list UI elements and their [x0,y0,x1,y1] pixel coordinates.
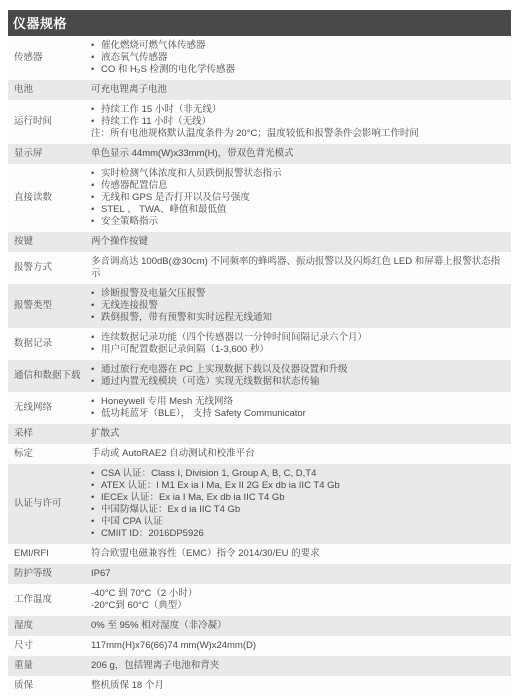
spec-bullet-text: CSA 认证：Class I, Division 1, Group A, B, … [101,468,503,480]
spec-bullet-text: 无线连接报警 [101,300,503,312]
spec-bullet-text: ATEX 认证：I M1 Ex ia I Ma, Ex II 2G Ex db … [101,480,503,492]
spec-value: 手动或 AutoRAE2 自动测试和校准平台 [91,444,511,464]
spec-label: 认证与许可 [8,464,91,544]
spec-label: 通信和数据下载 [8,360,91,392]
spec-label: 无线网络 [8,392,91,424]
spec-row: 重量206 g，包括锂离子电池和背夹 [8,656,511,676]
bullet-icon: • [91,180,101,192]
spec-bullet-text: 中国防爆认证：Ex d ia IIC T4 Gb [101,504,503,516]
spec-label: 采样 [8,424,91,444]
spec-bullet-line: •CO 和 H₂S 检测的电化学传感器 [91,64,503,76]
bullet-icon: • [91,344,101,356]
spec-row: 通信和数据下载•通过旅行充电器在 PC 上实现数据下载以及仪器设置和升级•通过内… [8,360,511,392]
bullet-icon: • [91,64,101,76]
spec-value: •持续工作 15 小时（非无线）•持续工作 11 小时（无线）注：所有电池规格默… [91,100,511,144]
spec-row: 标定手动或 AutoRAE2 自动测试和校准平台 [8,444,511,464]
bullet-icon: • [91,52,101,64]
spec-label: 标定 [8,444,91,464]
spec-bullet-text: CMIIT ID：2016DP5926 [101,528,503,540]
bullet-icon: • [91,528,101,540]
spec-bullet-text: 催化燃烧可燃气体传感器 [101,40,503,52]
bullet-icon: • [91,332,101,344]
spec-bullet-line: •实时检测气体浓度和人员跌倒报警状态指示 [91,168,503,180]
spec-row: EMI/RFI符合欧盟电磁兼容性（EMC）指令 2014/30/EU 的要求 [8,544,511,564]
spec-bullet-line: •跌倒报警，带有预警和实时远程无线通知 [91,312,503,324]
spec-bullet-text: 通过旅行充电器在 PC 上实现数据下载以及仪器设置和升级 [101,364,503,376]
spec-value-text: IP67 [91,568,503,580]
spec-label: 显示屏 [8,144,91,164]
spec-label: 直接读数 [8,164,91,232]
spec-label: 运行时间 [8,100,91,144]
bullet-icon: • [91,480,101,492]
spec-row: 传感器•催化燃烧可燃气体传感器•液态氧气传感器•CO 和 H₂S 检测的电化学传… [8,36,511,80]
spec-bullet-line: •无线和 GPS 是否打开以及信号强度 [91,192,503,204]
spec-row: 尺寸117mm(H)x76(66)74 mm(W)x24mm(D) [8,636,511,656]
spec-bullet-line: •持续工作 15 小时（非无线） [91,104,503,116]
spec-bullet-line: •低功耗蓝牙（BLE）， 支持 Safety Communicator [91,408,503,420]
spec-row: 显示屏单色显示 44mm(W)x33mm(H)，带双色背光模式 [8,144,511,164]
spec-value: •通过旅行充电器在 PC 上实现数据下载以及仪器设置和升级•通过内置无线模块（可… [91,360,511,392]
spec-bullet-line: •用户可配置数据记录间隔（1-3,600 秒） [91,344,503,356]
spec-row: 认证与许可•CSA 认证：Class I, Division 1, Group … [8,464,511,544]
spec-label: 湿度 [8,616,91,636]
spec-value: 扩散式 [91,424,511,444]
spec-label: 报警类型 [8,284,91,328]
spec-bullet-text: 诊断报警及电量欠压报警 [101,288,503,300]
spec-value: •催化燃烧可燃气体传感器•液态氧气传感器•CO 和 H₂S 检测的电化学传感器 [91,36,511,80]
spec-bullet-line: •连续数据记录功能（四个传感器以一分钟时间间隔记录六个月） [91,332,503,344]
bullet-icon: • [91,492,101,504]
spec-bullet-text: 液态氧气传感器 [101,52,503,64]
spec-value: 单色显示 44mm(W)x33mm(H)，带双色背光模式 [91,144,511,164]
spec-row: 数据记录•连续数据记录功能（四个传感器以一分钟时间间隔记录六个月）•用户可配置数… [8,328,511,360]
spec-bullet-line: •安全策略指示 [91,216,503,228]
spec-value: •CSA 认证：Class I, Division 1, Group A, B,… [91,464,511,544]
bullet-icon: • [91,516,101,528]
spec-bullet-line: •催化燃烧可燃气体传感器 [91,40,503,52]
spec-value-line: -20°C到 60°C（典型） [91,600,503,612]
spec-value-text: 两个操作按键 [91,236,503,248]
spec-value-line: -40°C 到 70°C（2 小时） [91,588,503,600]
spec-label: 防护等级 [8,564,91,584]
spec-value-text: 多音调高达 100dB(@30cm) 不同频率的蜂鸣器、振动报警以及闪烁红色 L… [91,256,503,280]
bullet-icon: • [91,216,101,228]
spec-bullet-text: 跌倒报警，带有预警和实时远程无线通知 [101,312,503,324]
spec-bullet-line: •诊断报警及电量欠压报警 [91,288,503,300]
spec-bullet-text: 安全策略指示 [101,216,503,228]
spec-value: •Honeywell 专用 Mesh 无线网络•低功耗蓝牙（BLE）， 支持 S… [91,392,511,424]
bullet-icon: • [91,204,101,216]
bullet-icon: • [91,364,101,376]
spec-bullet-line: •持续工作 11 小时（无线） [91,116,503,128]
spec-value-text: 206 g，包括锂离子电池和背夹 [91,660,503,672]
bullet-icon: • [91,408,101,420]
spec-value-text: 扩散式 [91,428,503,440]
spec-bullet-text: 中国 CPA 认证 [101,516,503,528]
spec-row: 工作温度-40°C 到 70°C（2 小时）-20°C到 60°C（典型） [8,584,511,616]
spec-row: 采样扩散式 [8,424,511,444]
bullet-icon: • [91,288,101,300]
spec-row: 按键两个操作按键 [8,232,511,252]
spec-value-text: 单色显示 44mm(W)x33mm(H)，带双色背光模式 [91,148,503,160]
spec-bullet-text: STEL 、 TWA、峰值和最低值 [101,204,503,216]
spec-value: 整机质保 18 个月 [91,676,511,696]
spec-bullet-text: 持续工作 15 小时（非无线） [101,104,503,116]
spec-value: 符合欧盟电磁兼容性（EMC）指令 2014/30/EU 的要求 [91,544,511,564]
spec-bullet-text: 通过内置无线模块（可选）实现无线数据和状态传输 [101,376,503,388]
spec-label: 数据记录 [8,328,91,360]
spec-value: 两个操作按键 [91,232,511,252]
bullet-icon: • [91,192,101,204]
spec-value-text: 0% 至 95% 相对湿度（非冷凝） [91,620,503,632]
bullet-icon: • [91,116,101,128]
spec-bullet-line: •ATEX 认证：I M1 Ex ia I Ma, Ex II 2G Ex db… [91,480,503,492]
spec-label: 报警方式 [8,252,91,284]
spec-bullet-text: 连续数据记录功能（四个传感器以一分钟时间间隔记录六个月） [101,332,503,344]
spec-table-body: 传感器•催化燃烧可燃气体传感器•液态氧气传感器•CO 和 H₂S 检测的电化学传… [8,36,511,696]
spec-row: 报警类型•诊断报警及电量欠压报警•无线连接报警•跌倒报警，带有预警和实时远程无线… [8,284,511,328]
spec-row: 电池可充电锂离子电池 [8,80,511,100]
spec-bullet-text: 传感器配置信息 [101,180,503,192]
bullet-icon: • [91,168,101,180]
spec-table: 仪器规格 传感器•催化燃烧可燃气体传感器•液态氧气传感器•CO 和 H₂S 检测… [8,10,511,696]
spec-value: •实时检测气体浓度和人员跌倒报警状态指示•传感器配置信息•无线和 GPS 是否打… [91,164,511,232]
spec-row: 报警方式多音调高达 100dB(@30cm) 不同频率的蜂鸣器、振动报警以及闪烁… [8,252,511,284]
spec-label: 尺寸 [8,636,91,656]
bullet-icon: • [91,40,101,52]
spec-bullet-text: IECEx 认证：Ex ia I Ma, Ex db ia IIC T4 Gb [101,492,503,504]
bullet-icon: • [91,504,101,516]
spec-bullet-line: •通过旅行充电器在 PC 上实现数据下载以及仪器设置和升级 [91,364,503,376]
spec-bullet-line: •STEL 、 TWA、峰值和最低值 [91,204,503,216]
spec-bullet-line: •无线连接报警 [91,300,503,312]
spec-row: 防护等级IP67 [8,564,511,584]
spec-value: 0% 至 95% 相对湿度（非冷凝） [91,616,511,636]
spec-value: •连续数据记录功能（四个传感器以一分钟时间间隔记录六个月）•用户可配置数据记录间… [91,328,511,360]
spec-value: •诊断报警及电量欠压报警•无线连接报警•跌倒报警，带有预警和实时远程无线通知 [91,284,511,328]
spec-label: EMI/RFI [8,544,91,564]
spec-value-text: 整机质保 18 个月 [91,680,503,692]
bullet-icon: • [91,312,101,324]
spec-value-text: 符合欧盟电磁兼容性（EMC）指令 2014/30/EU 的要求 [91,548,503,560]
spec-value: 多音调高达 100dB(@30cm) 不同频率的蜂鸣器、振动报警以及闪烁红色 L… [91,252,511,284]
spec-label: 重量 [8,656,91,676]
spec-value: 117mm(H)x76(66)74 mm(W)x24mm(D) [91,636,511,656]
bullet-icon: • [91,396,101,408]
spec-row: 运行时间•持续工作 15 小时（非无线）•持续工作 11 小时（无线）注：所有电… [8,100,511,144]
spec-bullet-text: Honeywell 专用 Mesh 无线网络 [101,396,503,408]
spec-bullet-line: •传感器配置信息 [91,180,503,192]
spec-bullet-text: 实时检测气体浓度和人员跌倒报警状态指示 [101,168,503,180]
spec-bullet-line: •中国 CPA 认证 [91,516,503,528]
bullet-icon: • [91,300,101,312]
spec-value-text: 可充电锂离子电池 [91,84,503,96]
spec-label: 电池 [8,80,91,100]
spec-value-text: 手动或 AutoRAE2 自动测试和校准平台 [91,448,503,460]
spec-bullet-line: •通过内置无线模块（可选）实现无线数据和状态传输 [91,376,503,388]
spec-value: IP67 [91,564,511,584]
spec-bullet-text: CO 和 H₂S 检测的电化学传感器 [101,64,503,76]
spec-note: 注：所有电池规格默认温度条件为 20°C；温度较低和报警条件会影响工作时间 [91,128,503,140]
spec-label: 按键 [8,232,91,252]
spec-bullet-text: 用户可配置数据记录间隔（1-3,600 秒） [101,344,503,356]
spec-label: 工作温度 [8,584,91,616]
spec-value: 可充电锂离子电池 [91,80,511,100]
spec-bullet-text: 无线和 GPS 是否打开以及信号强度 [101,192,503,204]
spec-table-title: 仪器规格 [8,10,511,36]
spec-bullet-line: •中国防爆认证：Ex d ia IIC T4 Gb [91,504,503,516]
bullet-icon: • [91,376,101,388]
spec-value-text: 117mm(H)x76(66)74 mm(W)x24mm(D) [91,640,503,652]
spec-bullet-line: •CMIIT ID：2016DP5926 [91,528,503,540]
spec-row: 湿度0% 至 95% 相对湿度（非冷凝） [8,616,511,636]
spec-row: 直接读数•实时检测气体浓度和人员跌倒报警状态指示•传感器配置信息•无线和 GPS… [8,164,511,232]
spec-bullet-text: 低功耗蓝牙（BLE）， 支持 Safety Communicator [101,408,503,420]
spec-bullet-text: 持续工作 11 小时（无线） [101,116,503,128]
bullet-icon: • [91,468,101,480]
spec-bullet-line: •IECEx 认证：Ex ia I Ma, Ex db ia IIC T4 Gb [91,492,503,504]
spec-bullet-line: •CSA 认证：Class I, Division 1, Group A, B,… [91,468,503,480]
spec-row: 质保整机质保 18 个月 [8,676,511,696]
spec-label: 质保 [8,676,91,696]
spec-label: 传感器 [8,36,91,80]
spec-value: -40°C 到 70°C（2 小时）-20°C到 60°C（典型） [91,584,511,616]
spec-row: 无线网络•Honeywell 专用 Mesh 无线网络•低功耗蓝牙（BLE）， … [8,392,511,424]
bullet-icon: • [91,104,101,116]
spec-value: 206 g，包括锂离子电池和背夹 [91,656,511,676]
spec-bullet-line: •液态氧气传感器 [91,52,503,64]
spec-bullet-line: •Honeywell 专用 Mesh 无线网络 [91,396,503,408]
